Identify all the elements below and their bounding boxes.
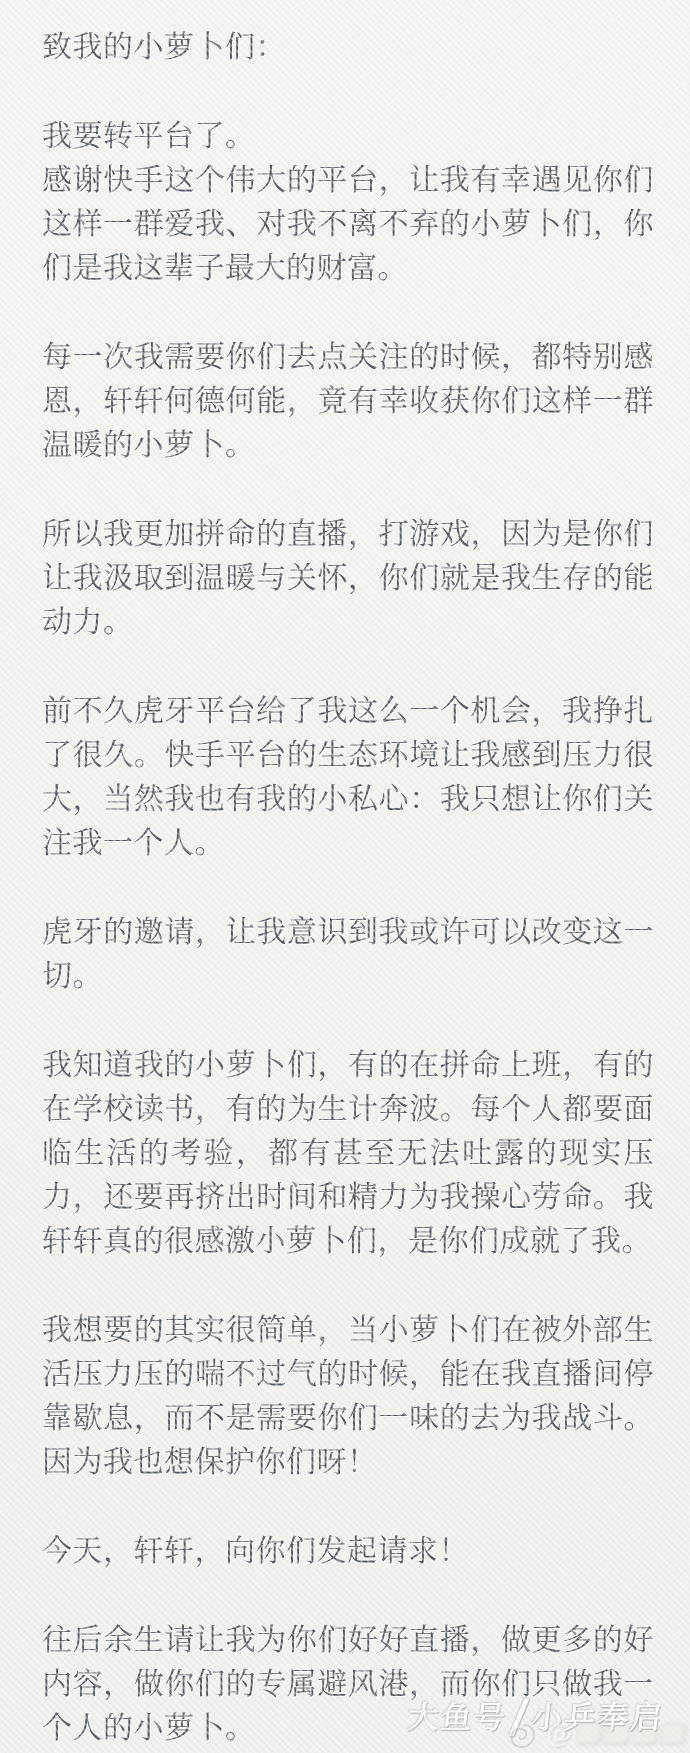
paragraph-block: 虎牙的邀请，让我意识到我或许可以改变这一切。 xyxy=(42,911,654,999)
letter-image-page: 致我的小萝卜们：我要转平台了。感谢快手这个伟大的平台，让我有幸遇见你们这样一群爱… xyxy=(0,0,690,1753)
paragraph-block: 我要转平台了。感谢快手这个伟大的平台，让我有幸遇见你们这样一群爱我、对我不离不弃… xyxy=(42,115,654,291)
paragraph-block: 今天，轩轩，向你们发起请求！ xyxy=(42,1530,654,1574)
paragraph-block: 每一次我需要你们去点关注的时候，都特别感恩，轩轩何德何能，竟有幸收获你们这样一群… xyxy=(42,336,654,468)
letter-body: 致我的小萝卜们：我要转平台了。感谢快手这个伟大的平台，让我有幸遇见你们这样一群爱… xyxy=(42,26,654,1751)
paragraph-block: 致我的小萝卜们： xyxy=(42,26,654,70)
paragraph-block: 我想要的其实很简单，当小萝卜们在被外部生活压力压的喘不过气的时候，能在我直播间停… xyxy=(42,1309,654,1485)
paragraph: 虎牙的邀请，让我意识到我或许可以改变这一切。 xyxy=(42,911,654,999)
paragraph: 我要转平台了。 xyxy=(42,115,654,159)
paragraph: 今天，轩轩，向你们发起请求！ xyxy=(42,1530,654,1574)
watermark-swirl-icon xyxy=(506,1721,539,1751)
paragraph-block: 我知道我的小萝卜们，有的在拼命上班，有的在学校读书，有的为生计奔波。每个人都要面… xyxy=(42,1044,654,1264)
paragraph-block: 所以我更加拼命的直播，打游戏，因为是你们让我汲取到温暖与关怀，你们就是我生存的能… xyxy=(42,513,654,645)
paragraph: 每一次我需要你们去点关注的时候，都特别感恩，轩轩何德何能，竟有幸收获你们这样一群… xyxy=(42,336,654,468)
paragraph: 所以我更加拼命的直播，打游戏，因为是你们让我汲取到温暖与关怀，你们就是我生存的能… xyxy=(42,513,654,645)
paragraph: 感谢快手这个伟大的平台，让我有幸遇见你们这样一群爱我、对我不离不弃的小萝卜们，你… xyxy=(42,159,654,291)
watermark-brand-label: 大鱼号 xyxy=(406,1692,510,1737)
watermark-author-label: 小乒奉启 xyxy=(530,1692,667,1737)
paragraph: 致我的小萝卜们： xyxy=(42,26,654,70)
paragraph-block: 前不久虎牙平台给了我这么一个机会，我挣扎了很久。快手平台的生态环境让我感到压力很… xyxy=(42,690,654,866)
paragraph: 前不久虎牙平台给了我这么一个机会，我挣扎了很久。快手平台的生态环境让我感到压力很… xyxy=(42,690,654,866)
paragraph: 我知道我的小萝卜们，有的在拼命上班，有的在学校读书，有的为生计奔波。每个人都要面… xyxy=(42,1044,654,1264)
paragraph: 我想要的其实很简单，当小萝卜们在被外部生活压力压的喘不过气的时候，能在我直播间停… xyxy=(42,1309,654,1485)
dayuhao-watermark: 大鱼号 / 小乒奉启 xyxy=(406,1692,667,1737)
